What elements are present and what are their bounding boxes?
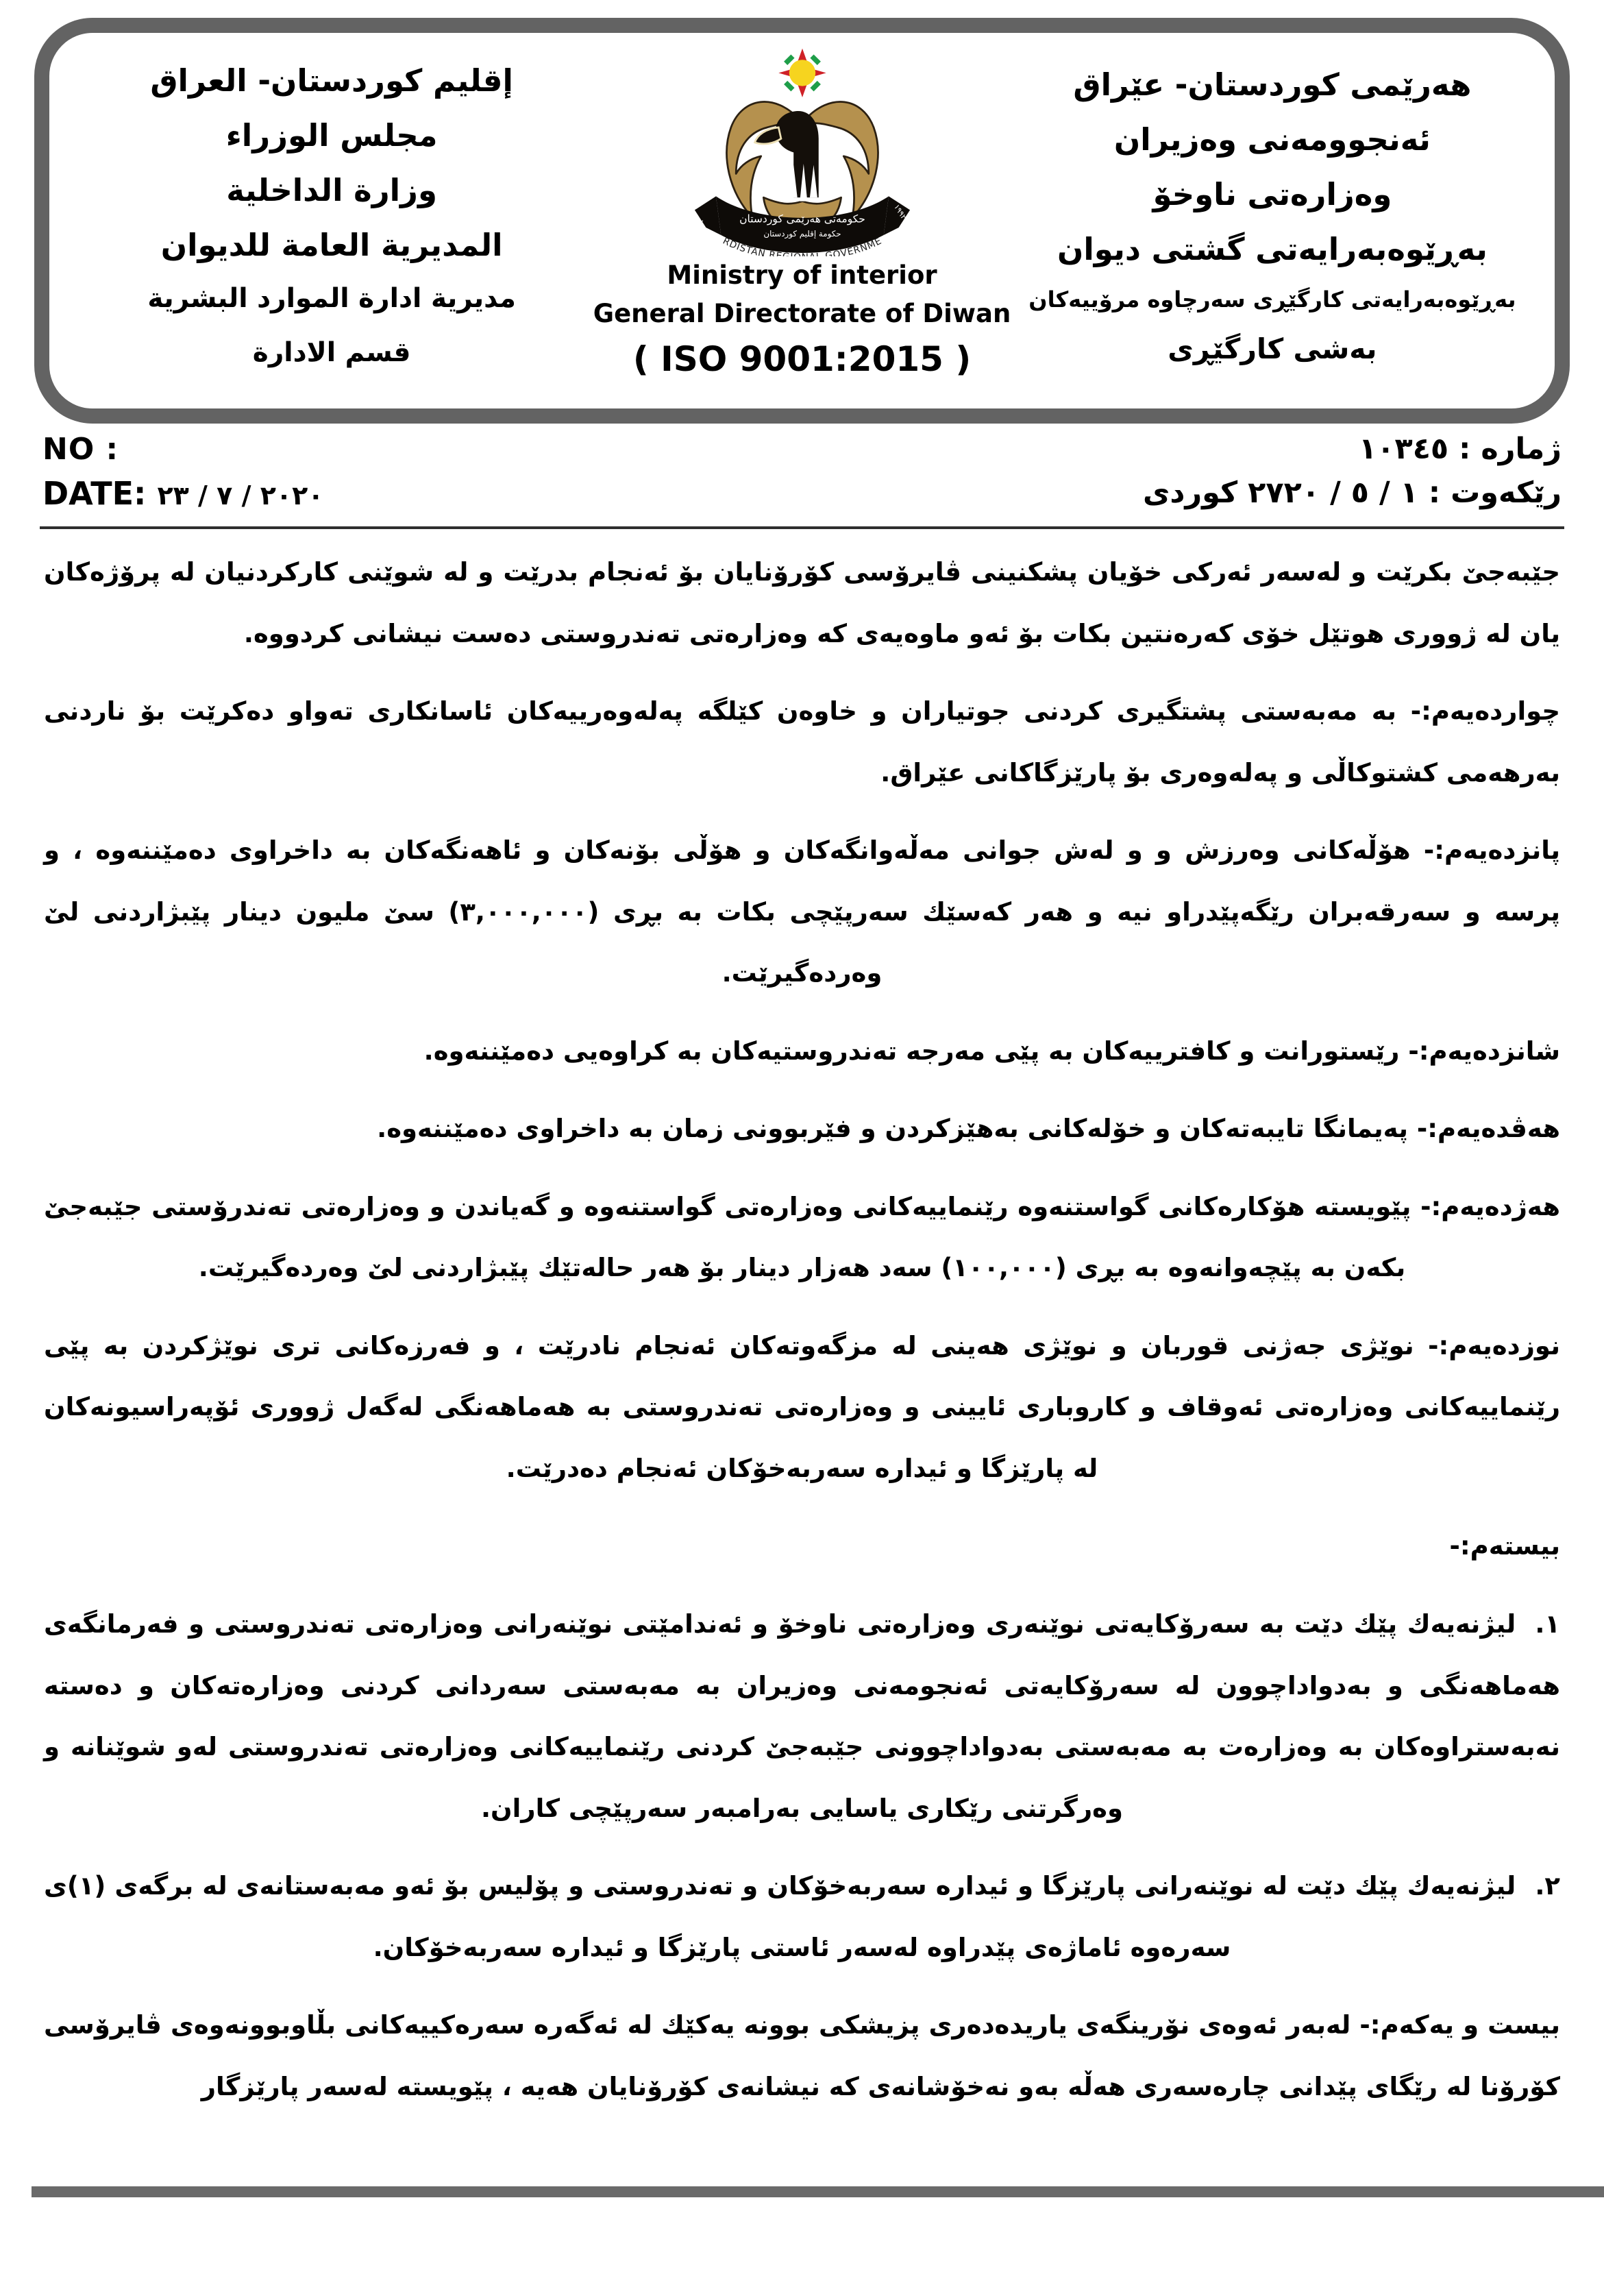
- paragraph-text: جێبەجێ بکرێت و لەسەر ئەرکی خۆیان پشکنینی…: [44, 557, 1560, 648]
- kurdish-line-1: هەرێمی کوردستان- عێراق: [1008, 58, 1537, 112]
- paragraph-lead: بیست و یەکەم:-: [1359, 2010, 1560, 2040]
- paragraph-lead: بیستەم:-: [1450, 1531, 1560, 1561]
- header-kurdish-column: هەرێمی کوردستان- عێراق ئەنجوومەنی وەزیرا…: [1008, 47, 1537, 404]
- arabic-line-4: المديرية العامة للديوان: [67, 218, 596, 273]
- ministry-line: Ministry of interior: [667, 256, 937, 295]
- paragraph-twenty-first: بیست و یەکەم:- لەبەر ئەوەی نۆرینگەی یاری…: [44, 1994, 1560, 2117]
- arabic-line-3: وزارة الداخلية: [67, 163, 596, 218]
- paragraph-lead: نوزدەیەم:-: [1428, 1331, 1560, 1360]
- footer-divider-bar: [32, 2186, 1604, 2197]
- header-divider-line: [40, 526, 1564, 529]
- arabic-line-2: مجلس الوزراء: [67, 108, 596, 163]
- paragraph-text: نوێژی جەژنی قوربان و نوێژی هەینی لە مزگە…: [44, 1331, 1560, 1483]
- paragraph-sixteenth: شانزدەیەم:- رێستورانت و کافترییەکان بە پ…: [44, 1021, 1560, 1082]
- no-label: NO :: [42, 432, 119, 467]
- ref-left-block: NO : DATE: ٢٠٢٠ / ٧ / ٢٣: [42, 432, 324, 512]
- paragraph-lead: شانزدەیەم:-: [1408, 1036, 1560, 1066]
- reference-row: NO : DATE: ٢٠٢٠ / ٧ / ٢٣ ژماره : ١٠٣٤٥ ر…: [42, 432, 1562, 512]
- paragraph-fifteenth: پانزدەیەم:- هۆڵەکانی وەرزش و و لەش جوانی…: [44, 820, 1560, 1004]
- kurdish-line-4: بەڕێوەبەرایەتی گشتی دیوان: [1008, 222, 1537, 277]
- number-label: ژماره :: [1459, 432, 1562, 466]
- header-arabic-column: إقليم كوردستان- العراق مجلس الوزراء وزار…: [67, 47, 596, 404]
- paragraph-text: پێویستە هۆکارەکانی گواستنەوە رێنماییەکان…: [44, 1192, 1411, 1283]
- date-value: ٢٠٢٠ / ٧ / ٢٣: [157, 480, 323, 511]
- kurdish-line-6: بەشی کارگێڕی: [1008, 323, 1537, 376]
- document-page: هەرێمی کوردستان- عێراق ئەنجوومەنی وەزیرا…: [0, 0, 1604, 2296]
- paragraph-lead: هەڤدەیەم:-: [1417, 1114, 1560, 1143]
- list-item-text: لیژنەیەك پێك دێت لە نوێنەرانی پارێزگا و …: [44, 1871, 1516, 1962]
- arabic-line-6: قسم الادارة: [67, 325, 596, 381]
- paragraph-eighteenth: هەژدەیەم:- پێویستە هۆکارەکانی گواستنەوە …: [44, 1176, 1560, 1299]
- letterhead: هەرێمی کوردستان- عێراق ئەنجوومەنی وەزیرا…: [34, 18, 1570, 424]
- iso-line: ( ISO 9001:2015 ): [633, 339, 971, 379]
- paragraph-text: لەبەر ئەوەی نۆرینگەی یاریدەدەری پزیشکی ب…: [44, 2010, 1560, 2101]
- ref-right-block: ژماره : ١٠٣٤٥ رێکەوت : ١ / ٥ / ٢٧٢٠ کورد…: [1143, 432, 1562, 510]
- paragraph-nineteenth: نوزدەیەم:- نوێژی جەژنی قوربان و نوێژی هە…: [44, 1315, 1560, 1500]
- krg-emblem-icon: حکومەتی هەرێمی کوردستان حكومة إقليم كورد…: [689, 40, 915, 256]
- list-item-2: ٢.لیژنەیەك پێك دێت لە نوێنەرانی پارێزگا …: [44, 1855, 1560, 1978]
- list-item-1: ١.لیژنەیەك پێك دێت بە سەرۆکایەتی نوێنەری…: [44, 1593, 1560, 1839]
- paragraph-text: پەیمانگا تایبەتەکان و خۆلەکانی بەهێزکردن…: [377, 1114, 1408, 1143]
- paragraph-text: رێستورانت و کافترییەکان بە پێی مەرجە تەن…: [424, 1036, 1400, 1066]
- kurdish-line-5: بەڕێوەبەرایەتی کارگێڕی سەرچاوە مرۆییەکان: [1008, 277, 1537, 323]
- paragraph-text: هۆڵەکانی وەرزش و و لەش جوانی مەڵەوانگەکا…: [44, 835, 1560, 988]
- kurdish-date-value: ١ / ٥ / ٢٧٢٠ کوردی: [1143, 476, 1418, 510]
- arabic-line-1: إقليم كوردستان- العراق: [67, 53, 596, 108]
- paragraph-seventeenth: هەڤدەیەم:- پەیمانگا تایبەتەکان و خۆلەکان…: [44, 1098, 1560, 1160]
- banner-arabic-line2: حكومة إقليم كوردستان: [763, 229, 841, 239]
- paragraph-lead: چواردەیەم:-: [1411, 696, 1560, 726]
- number-value: ١٠٣٤٥: [1359, 432, 1448, 466]
- paragraph-twentieth: بیستەم:-: [44, 1515, 1560, 1577]
- directorate-line: General Directorate of Diwan: [593, 295, 1011, 333]
- document-body: جێبەجێ بکرێت و لەسەر ئەرکی خۆیان پشکنینی…: [44, 541, 1560, 2134]
- kurdish-line-3: وەزارەتی ناوخۆ: [1008, 167, 1537, 222]
- arabic-line-5: مديرية ادارة الموارد البشرية: [67, 273, 596, 325]
- list-marker: ١.: [1535, 1609, 1560, 1639]
- paragraph-lead: پانزدەیەم:-: [1424, 835, 1560, 865]
- paragraph-continuation: جێبەجێ بکرێت و لەسەر ئەرکی خۆیان پشکنینی…: [44, 541, 1560, 664]
- list-marker: ٢.: [1535, 1871, 1560, 1901]
- sun-icon: [778, 49, 826, 97]
- kurdish-line-2: ئەنجوومەنی وەزیران: [1008, 112, 1537, 167]
- paragraph-lead: هەژدەیەم:-: [1420, 1192, 1560, 1221]
- list-item-text: لیژنەیەك پێك دێت بە سەرۆکایەتی نوێنەری و…: [44, 1609, 1560, 1823]
- paragraph-fourteenth: چواردەیەم:- بە مەبەستی پشتگیری کردنی جوت…: [44, 681, 1560, 803]
- banner-arabic-line1: حکومەتی هەرێمی کوردستان: [739, 213, 865, 225]
- paragraph-text: بە مەبەستی پشتگیری کردنی جوتیاران و خاوە…: [44, 696, 1560, 787]
- kurdish-date-label: رێکەوت :: [1429, 476, 1562, 510]
- date-label: DATE:: [42, 475, 146, 512]
- header-center-column: حکومەتی هەرێمی کوردستان حكومة إقليم كورد…: [596, 40, 1008, 404]
